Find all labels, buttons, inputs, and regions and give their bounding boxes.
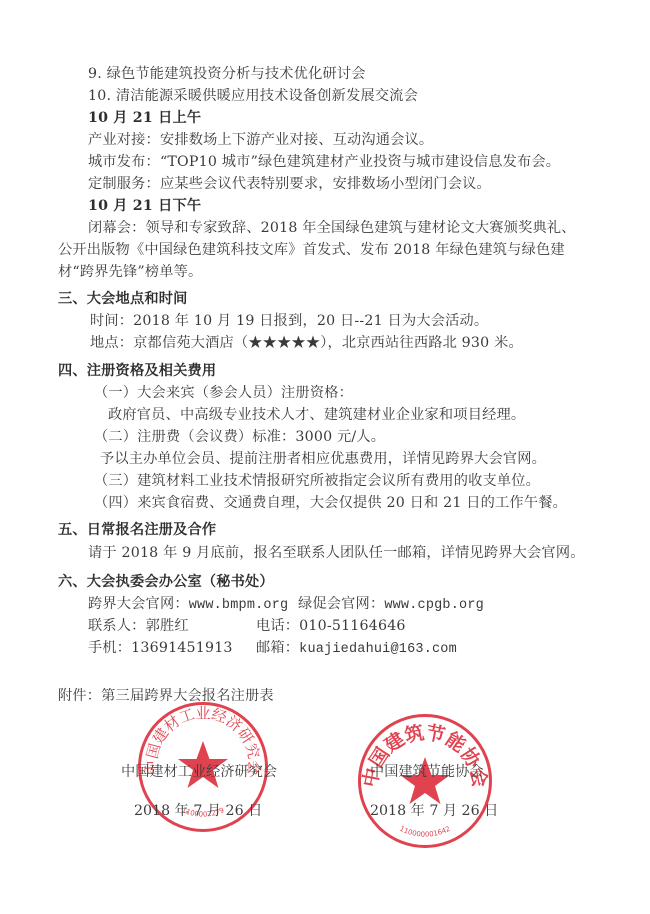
email-address[interactable]: kuajiedahui@163.com — [299, 642, 457, 657]
website2-row: 绿促会官网：www.cpgb.org — [298, 594, 484, 616]
closing-line-2: 公开出版物《中国绿色建筑科技文库》首发式、发布 2018 年绿色建筑与绿色建 — [58, 240, 565, 260]
signature-date-1: 2018 年 7 月 26 日 — [134, 801, 262, 821]
email-row: 邮箱：kuajiedahui@163.com — [256, 638, 457, 660]
website2-link[interactable]: www.cpgb.org — [384, 598, 484, 613]
website2-label: 绿促会官网： — [298, 596, 384, 612]
signature-org-1: 中国建材工业经济研究会 — [121, 762, 277, 782]
closing-line-1: 闭幕会：领导和专家致辞、2018 年全国绿色建筑与建材论文大赛颁奖典礼、 — [88, 218, 576, 238]
website1-row: 跨界大会官网：www.bmpm.org — [88, 594, 288, 616]
event-place: 地点：京都信苑大酒店（★★★★★），北京西站往西路北 930 米。 — [90, 333, 523, 353]
phone-label: 电话： — [256, 618, 299, 634]
city-release-line: 城市发布：“TOP10 城市”绿色建筑建材产业投资与城市建设信息发布会。 — [88, 152, 560, 172]
contact-row: 联系人：郭胜红 — [88, 616, 189, 636]
contact-name: 郭胜红 — [146, 618, 189, 634]
reg-item-2: （二）注册费（会议费）标准：3000 元/人。 — [94, 427, 385, 447]
mobile-label: 手机： — [88, 640, 131, 656]
reg-item-4: （四）来宾食宿费、交通费自理，大会仅提供 20 日和 21 日的工作午餐。 — [94, 493, 567, 513]
website1-link[interactable]: www.bmpm.org — [189, 598, 289, 613]
section3-heading: 三、大会地点和时间 — [58, 289, 188, 309]
svg-text:110000001642: 110000001642 — [398, 825, 451, 839]
mobile-row: 手机：13691451913 — [88, 638, 233, 658]
reg-item-1: （一）大会来宾（参会人员）注册资格： — [94, 383, 353, 403]
signup-deadline: 请于 2018 年 9 月底前，报名至联系人团队任一邮箱，详情见跨界大会官网。 — [88, 543, 585, 563]
phone-row: 电话：010-51164646 — [256, 616, 406, 636]
signature-date-2: 2018 年 7 月 26 日 — [370, 801, 498, 821]
website1-label: 跨界大会官网： — [88, 596, 189, 612]
oct21-morning-heading: 10 月 21 日上午 — [88, 108, 201, 128]
section4-heading: 四、注册资格及相关费用 — [58, 361, 216, 381]
section5-heading: 五、日常报名注册及合作 — [58, 520, 216, 540]
reg-eligible: 政府官员、中高级专业技术人才、建筑建材业企业家和项目经理。 — [108, 405, 525, 425]
reg-item-3: （三）建筑材料工业技术情报研究所被指定会议所有费用的收支单位。 — [94, 471, 540, 491]
industry-matchmaking-line: 产业对接：安排数场上下游产业对接、互动沟通会议。 — [88, 130, 433, 150]
email-label: 邮箱： — [256, 640, 299, 656]
oct21-afternoon-heading: 10 月 21 日下午 — [88, 196, 201, 216]
agenda-item-9: 9. 绿色节能建筑投资分析与技术优化研讨会 — [88, 64, 366, 84]
attachment-note: 附件：第三届跨界大会报名注册表 — [58, 686, 274, 706]
agenda-item-10: 10. 清洁能源采暖供暖应用技术设备创新发展交流会 — [88, 86, 418, 106]
phone-number: 010-51164646 — [299, 618, 406, 634]
contact-label: 联系人： — [88, 618, 146, 634]
section6-heading: 六、大会执委会办公室（秘书处） — [58, 572, 274, 592]
custom-service-line: 定制服务：应某些会议代表特别要求，安排数场小型闭门会议。 — [88, 174, 491, 194]
closing-line-3: 材“跨界先锋”榜单等。 — [58, 262, 202, 282]
mobile-number: 13691451913 — [131, 640, 233, 656]
reg-discount: 予以主办单位会员、提前注册者相应优惠费用，详情见跨界大会官网。 — [100, 449, 546, 469]
signature-org-2: 中国建筑节能协会 — [370, 762, 484, 782]
event-time: 时间：2018 年 10 月 19 日报到，20 日--21 日为大会活动。 — [90, 311, 488, 331]
